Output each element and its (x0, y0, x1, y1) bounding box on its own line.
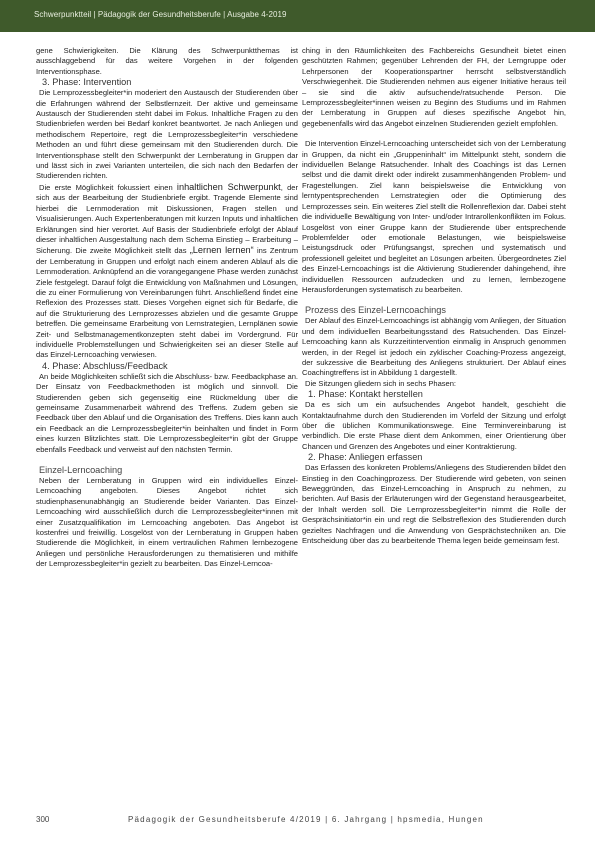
phase-2-heading: 2. Phase: Anliegen erfassen (302, 452, 566, 463)
paragraph: Da es sich um ein aufsuchendes Angebot h… (302, 400, 566, 452)
page-footer: 300 Pädagogik der Gesundheitsberufe 4/20… (0, 810, 595, 830)
text: , der sich aus der Bearbeitung der Studi… (36, 183, 298, 255)
phase-3-heading: 3. Phase: Intervention (36, 77, 298, 88)
phase-1-heading: 1. Phase: Kontakt herstellen (302, 389, 566, 400)
left-column: gene Schwierigkeiten. Die Klärung des Sc… (36, 46, 298, 570)
paragraph: Die Sitzungen gliedern sich in sechs Pha… (302, 379, 566, 389)
section-heading-einzel-lerncoaching: Einzel-Lerncoaching (36, 465, 298, 476)
publication-info: Pädagogik der Gesundheitsberufe 4/2019 |… (128, 815, 484, 824)
running-title: Schwerpunktteil | Pädagogik der Gesundhe… (34, 10, 287, 19)
paragraph: Die Intervention Einzel-Lerncoaching unt… (302, 139, 566, 295)
running-header: Schwerpunktteil | Pädagogik der Gesundhe… (0, 0, 595, 32)
emphasis-text: inhaltlichen Schwerpunkt (177, 182, 281, 192)
paragraph: gene Schwierigkeiten. Die Klärung des Sc… (36, 46, 298, 77)
text: Die erste Möglichkeit fokussiert einen (39, 183, 177, 192)
paragraph: Die erste Möglichkeit fokussiert einen i… (36, 182, 298, 361)
section-heading-prozess: Prozess des Einzel-Lerncoachings (302, 305, 566, 316)
right-column: ching in den Räumlichkeiten des Fachbere… (302, 46, 566, 546)
paragraph: Das Erfassen des konkreten Problems/Anli… (302, 463, 566, 546)
paragraph: An beide Möglichkeiten schließt sich die… (36, 372, 298, 455)
emphasis-text: „Lernen lernen“ (190, 245, 254, 255)
paragraph: Der Ablauf des Einzel-Lerncoachings ist … (302, 316, 566, 378)
paragraph: Die Lernprozessbegleiter*in moderiert de… (36, 88, 298, 182)
paragraph: Neben der Lernberatung in Gruppen wird e… (36, 476, 298, 570)
page-number: 300 (36, 815, 49, 824)
phase-4-heading: 4. Phase: Abschluss/Feedback (36, 361, 298, 372)
paragraph: ching in den Räumlichkeiten des Fachbere… (302, 46, 566, 129)
text: ins Zentrum der Lernberatung in Gruppen … (36, 246, 298, 359)
